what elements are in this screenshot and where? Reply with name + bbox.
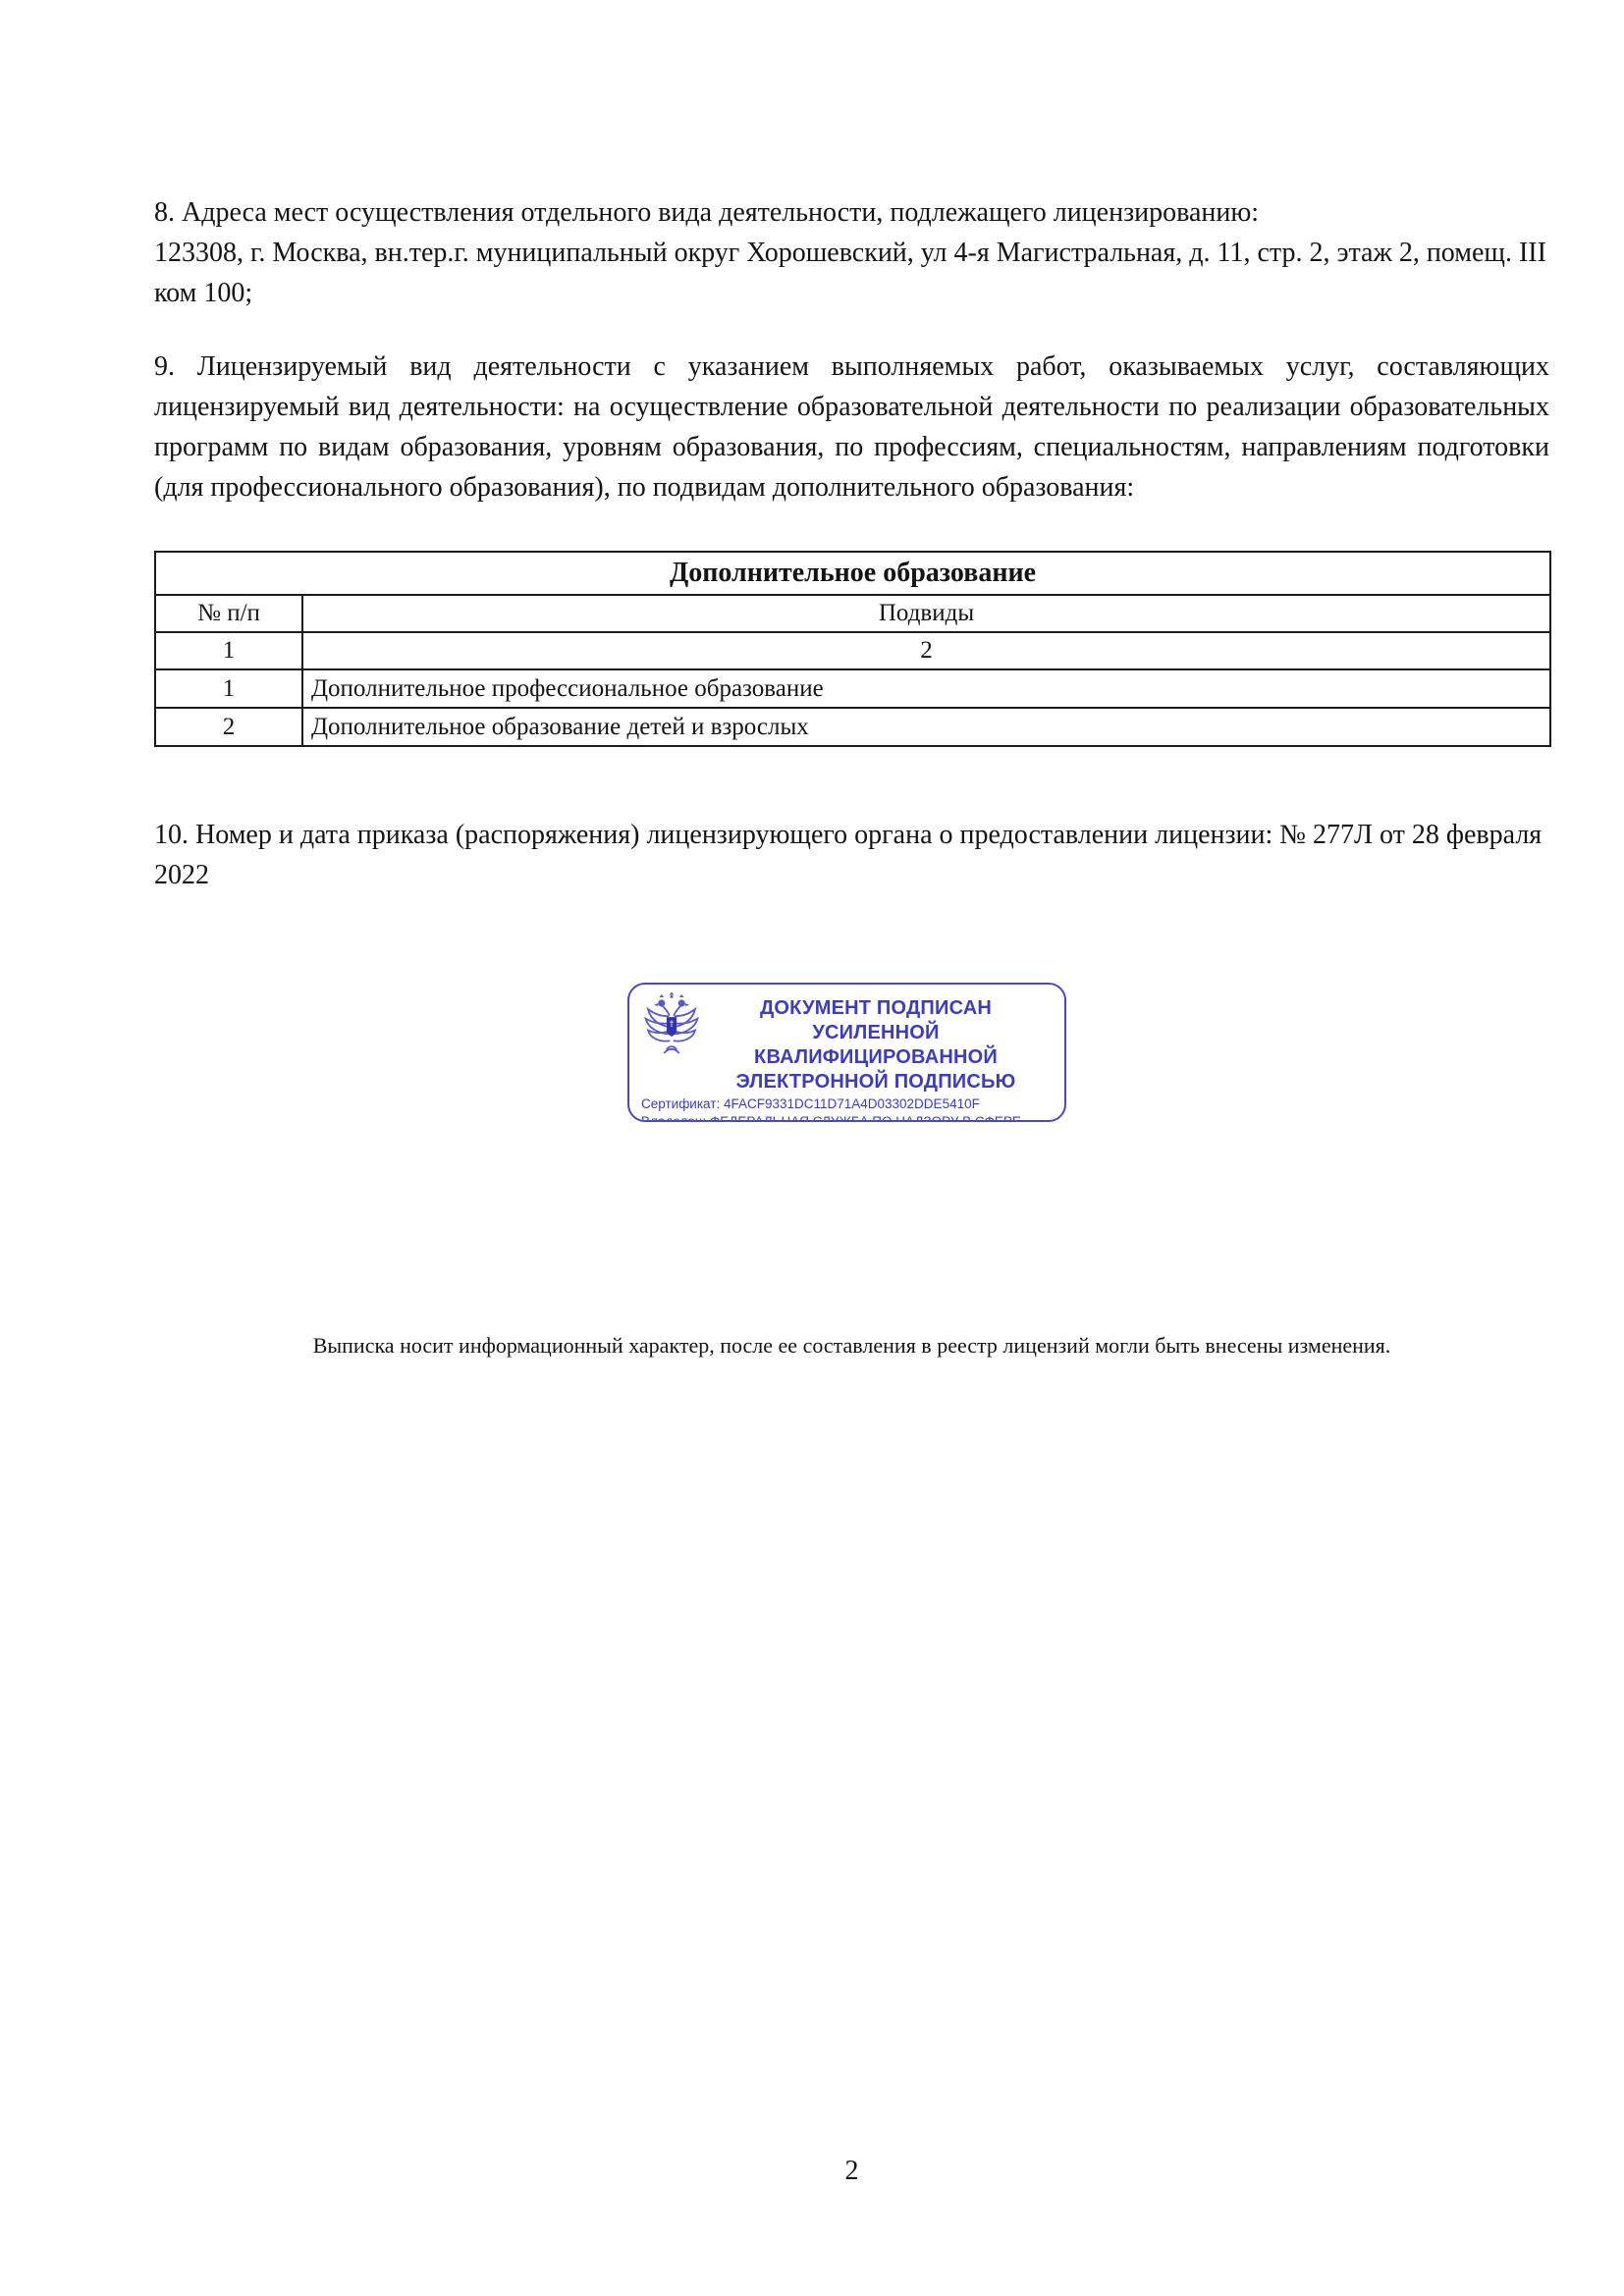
row-number: 1 (155, 669, 302, 708)
table-column-number-row: 1 2 (155, 632, 1550, 669)
paragraph-8-heading: 8. Адреса мест осуществления отдельного … (154, 192, 1549, 233)
subtypes-table: Дополнительное образование № п/п Подвиды… (154, 551, 1551, 747)
column-header-subtypes: Подвиды (302, 595, 1550, 632)
signature-stamp: ДОКУМЕНТ ПОДПИСАН УСИЛЕННОЙ КВАЛИФИЦИРОВ… (627, 983, 1066, 1122)
row-subtype: Дополнительное профессиональное образова… (302, 669, 1550, 708)
stamp-title-line: ДОКУМЕНТ ПОДПИСАН (701, 996, 1051, 1021)
document-page: { "colors":{ "ink":"#141414", "stamp_blu… (0, 0, 1624, 2296)
column-header-num: № п/п (155, 595, 302, 632)
row-subtype: Дополнительное образование детей и взрос… (302, 708, 1550, 746)
paragraph-10-text: 10. Номер и дата приказа (распоряжения) … (154, 820, 1542, 890)
table-row: 1 Дополнительное профессиональное образо… (155, 669, 1550, 708)
stamp-certificate-block: Сертификат: 4FACF9331DC11D71A4D03302DDE5… (641, 1095, 1053, 1122)
paragraph-10: 10. Номер и дата приказа (распоряжения) … (154, 815, 1549, 895)
table-header-row: № п/п Подвиды (155, 595, 1550, 632)
column-number-2: 2 (302, 632, 1550, 669)
stamp-header: ДОКУМЕНТ ПОДПИСАН УСИЛЕННОЙ КВАЛИФИЦИРОВ… (629, 991, 1064, 1095)
paragraph-8: 8. Адреса мест осуществления отдельного … (154, 192, 1549, 313)
informational-note: Выписка носит информационный характер, п… (154, 1332, 1549, 1360)
page-number: 2 (154, 2156, 1549, 2187)
coat-of-arms-eagle-icon (642, 991, 701, 1056)
stamp-certificate-line: Сертификат: 4FACF9331DC11D71A4D03302DDE5… (641, 1095, 1053, 1113)
table-row: 2 Дополнительное образование детей и взр… (155, 708, 1550, 746)
stamp-owner-line: Владелец: ФЕДЕРАЛЬНАЯ СЛУЖБА ПО НАДЗОРУ … (641, 1113, 1053, 1123)
table-title-row: Дополнительное образование (155, 552, 1550, 595)
stamp-title: ДОКУМЕНТ ПОДПИСАН УСИЛЕННОЙ КВАЛИФИЦИРОВ… (701, 996, 1064, 1095)
stamp-title-line: ЭЛЕКТРОННОЙ ПОДПИСЬЮ (701, 1070, 1051, 1095)
column-number-1: 1 (155, 632, 302, 669)
row-number: 2 (155, 708, 302, 746)
stamp-title-line: УСИЛЕННОЙ КВАЛИФИЦИРОВАННОЙ (701, 1021, 1051, 1070)
paragraph-9-text: 9. Лицензируемый вид деятельности с указ… (154, 351, 1549, 503)
table-title: Дополнительное образование (155, 552, 1550, 595)
paragraph-9: 9. Лицензируемый вид деятельности с указ… (154, 347, 1549, 507)
paragraph-8-address: 123308, г. Москва, вн.тер.г. муниципальн… (154, 233, 1549, 313)
